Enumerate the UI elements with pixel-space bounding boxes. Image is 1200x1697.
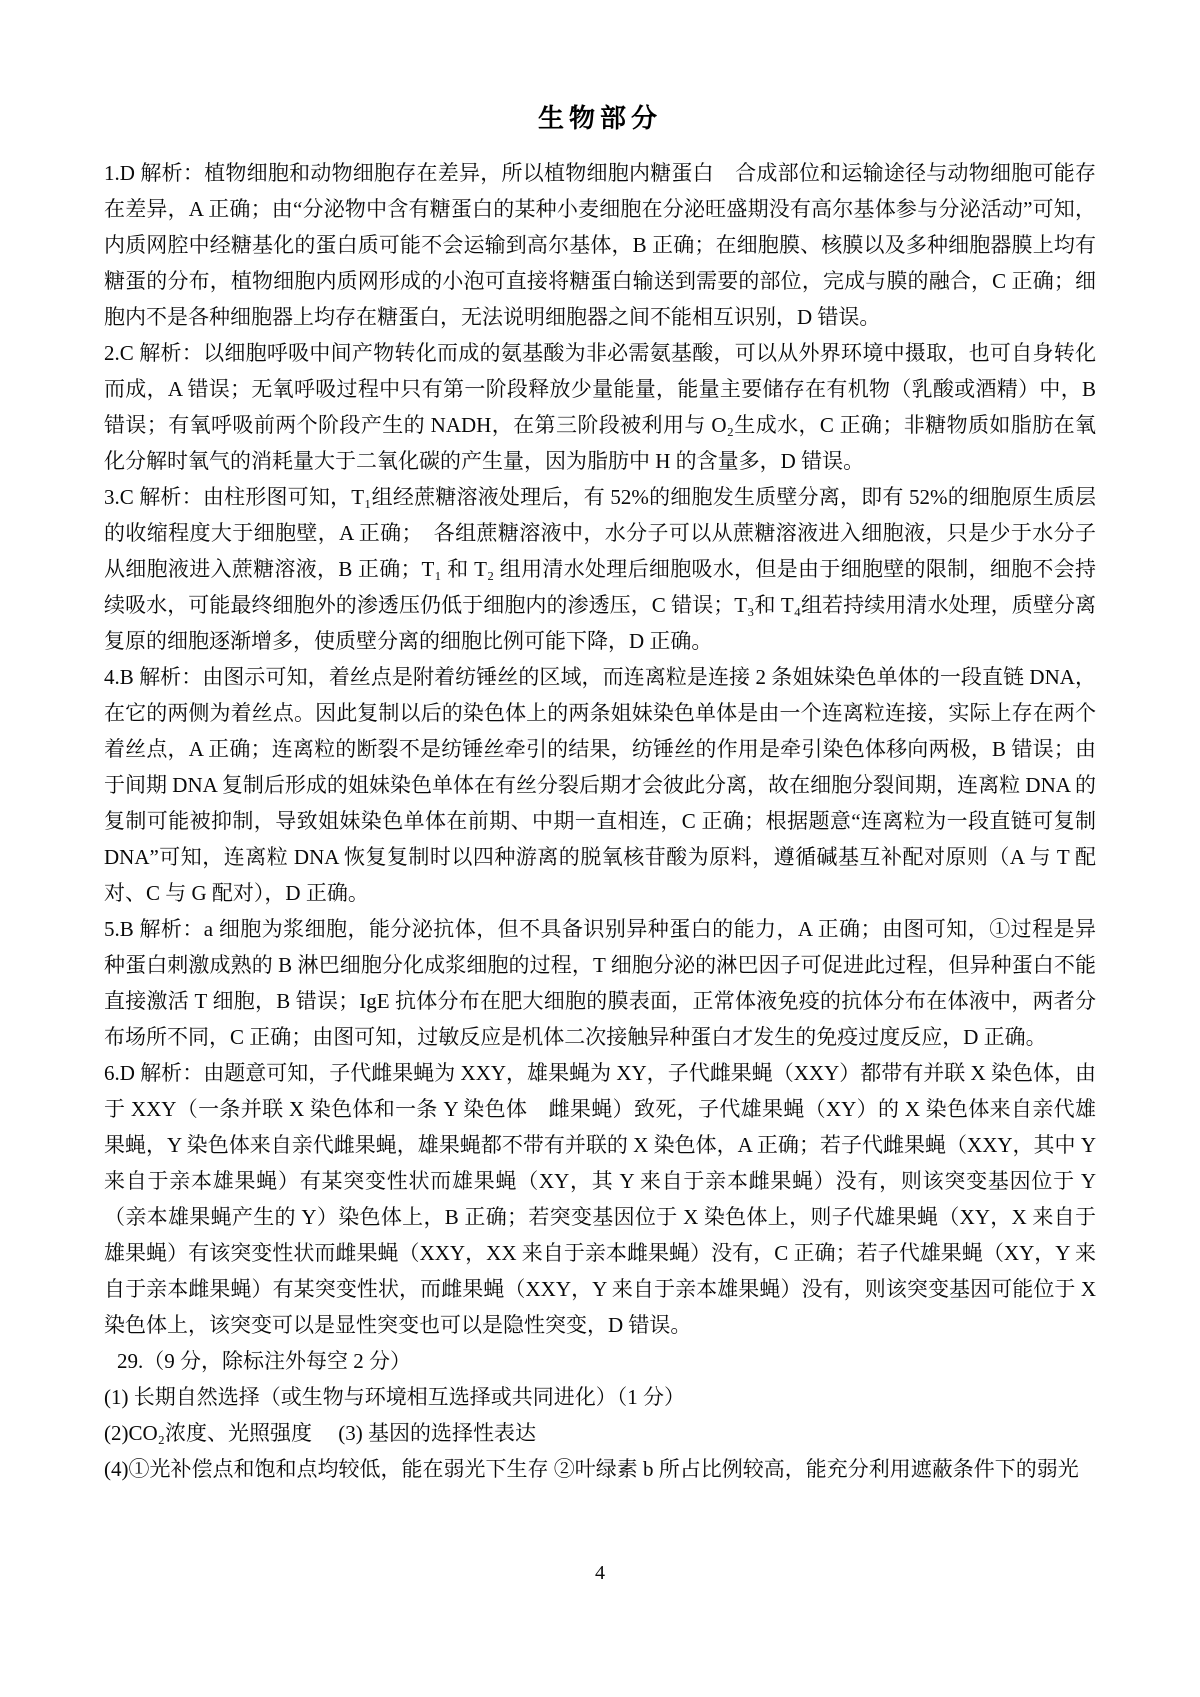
- answer-3-explanation: 3.C 解析：由柱形图可知，T₁组经蔗糖溶液处理后，有 52%的细胞发生质壁分离…: [104, 479, 1096, 659]
- page-number: 4: [0, 1562, 1200, 1585]
- answer-2-explanation: 2.C 解析：以细胞呼吸中间产物转化而成的氨基酸为非必需氨基酸，可以从外界环境中…: [104, 335, 1096, 479]
- question-29-header: 29.（9 分，除标注外每空 2 分）: [104, 1343, 1096, 1379]
- answer-5-explanation: 5.B 解析：a 细胞为浆细胞，能分泌抗体，但不具备识别异种蛋白的能力，A 正确…: [104, 911, 1096, 1055]
- answer-4-explanation: 4.B 解析：由图示可知，着丝点是附着纺锤丝的区域，而连离粒是连接 2 条姐妹染…: [104, 659, 1096, 911]
- question-29-answer-4: (4)①光补偿点和饱和点均较低，能在弱光下生存 ②叶绿素 b 所占比例较高，能充…: [104, 1451, 1096, 1487]
- answer-1-explanation: 1.D 解析：植物细胞和动物细胞存在差异，所以植物细胞内糖蛋白 合成部位和运输途…: [104, 155, 1096, 335]
- answer-6-explanation: 6.D 解析：由题意可知，子代雌果蝇为 XXY，雄果蝇为 XY，子代雌果蝇（XX…: [104, 1055, 1096, 1343]
- question-29-answer-1: (1) 长期自然选择（或生物与环境相互选择或共同进化）（1 分）: [104, 1379, 1096, 1415]
- question-29-answer-2-3: (2)CO₂浓度、光照强度 (3) 基因的选择性表达: [104, 1415, 1096, 1451]
- page-title: 生物部分: [104, 98, 1096, 135]
- document-content: 生物部分 1.D 解析：植物细胞和动物细胞存在差异，所以植物细胞内糖蛋白 合成部…: [104, 98, 1096, 1487]
- document-page: 生物部分 1.D 解析：植物细胞和动物细胞存在差异，所以植物细胞内糖蛋白 合成部…: [0, 0, 1200, 1697]
